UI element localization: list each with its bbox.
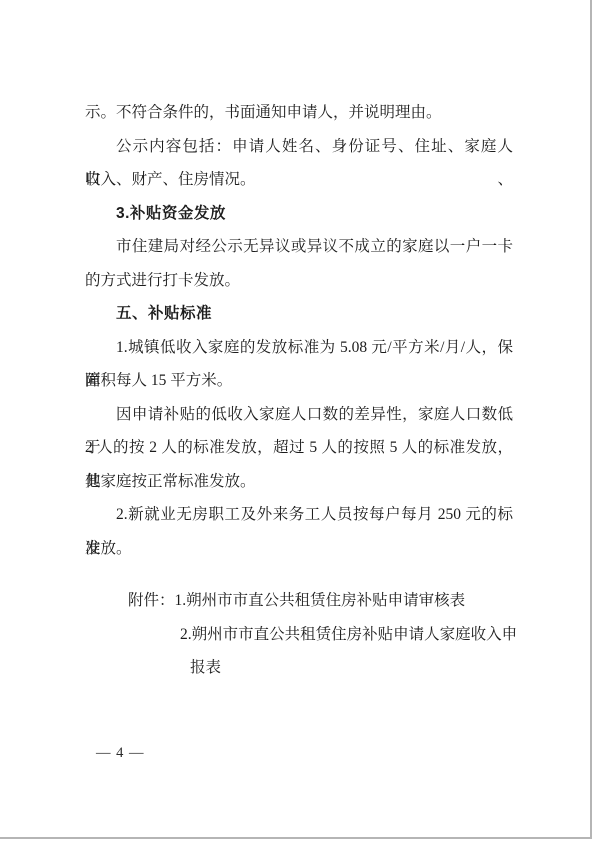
body-line: 市住建局对经公示无异议或异议不成立的家庭以一户一卡 — [85, 230, 513, 264]
section-heading: 3.补贴资金发放 — [85, 197, 513, 231]
attachment-line: 2.朔州市市直公共租赁住房补贴申请人家庭收入申 — [85, 618, 565, 652]
body-line: 1.城镇低收入家庭的发放标准为 5.08 元/平方米/月/人，保障 — [85, 331, 513, 365]
body-line: 示。不符合条件的，书面通知申请人，并说明理由。 — [85, 96, 513, 130]
page-edge-bottom-line — [0, 837, 592, 839]
body-line: 因申请补贴的低收入家庭人口数的差异性，家庭人口数低于 — [85, 398, 513, 432]
page-edge-right-line — [590, 0, 592, 838]
attachments-block: 附件：1.朔州市市直公共租赁住房补贴申请审核表 2.朔州市市直公共租赁住房补贴申… — [85, 584, 565, 685]
body-line: 发放。 — [85, 532, 513, 566]
body-line: 他家庭按正常标准发放。 — [85, 465, 513, 499]
document-body: 示。不符合条件的，书面通知申请人，并说明理由。 公示内容包括：申请人姓名、身份证… — [85, 96, 513, 565]
page-number: — 4 — — [96, 745, 145, 762]
scanned-document-page: 示。不符合条件的，书面通知申请人，并说明理由。 公示内容包括：申请人姓名、身份证… — [0, 0, 596, 842]
attachment-line: 附件：1.朔州市市直公共租赁住房补贴申请审核表 — [85, 584, 565, 618]
body-line: 的方式进行打卡发放。 — [85, 264, 513, 298]
body-line: 面积每人 15 平方米。 — [85, 364, 513, 398]
body-line: 公示内容包括：申请人姓名、身份证号、住址、家庭人口、 — [85, 130, 513, 164]
attachment-line: 报表 — [85, 651, 565, 685]
section-heading: 五、补贴标准 — [85, 297, 513, 331]
body-line: 2.新就业无房职工及外来务工人员按每户每月 250 元的标准 — [85, 498, 513, 532]
body-line: 2 人的按 2 人的标准发放，超过 5 人的按照 5 人的标准发放，其 — [85, 431, 513, 465]
